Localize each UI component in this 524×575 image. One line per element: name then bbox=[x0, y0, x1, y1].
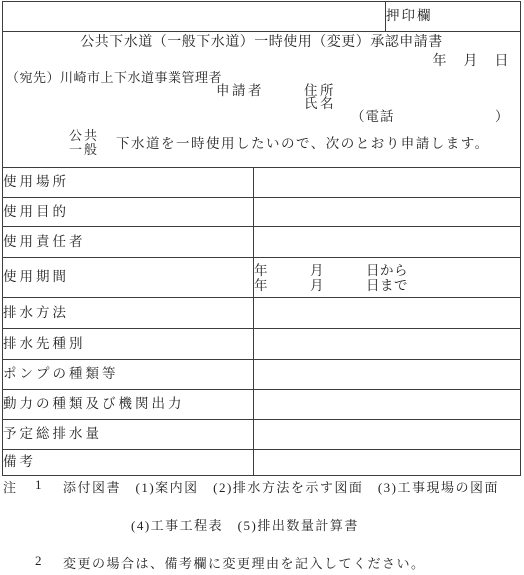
row-label-pump-type: ポンプの種類等 bbox=[3, 360, 254, 390]
row-label-power-type-output: 動力の種類及び機関出力 bbox=[3, 390, 254, 420]
row-label-period-of-use: 使用期間 bbox=[3, 258, 254, 298]
seal-row-empty-cell bbox=[3, 2, 386, 32]
row-value-drainage-destination-type bbox=[254, 329, 521, 360]
note1-number: 1 bbox=[35, 477, 43, 493]
row-value-planned-total-drainage bbox=[254, 420, 521, 450]
note2-number: 2 bbox=[35, 553, 43, 569]
row-label-purpose-of-use: 使用目的 bbox=[3, 198, 254, 227]
table-row: 使用責任者 bbox=[3, 227, 521, 258]
seal-row: 押印欄 bbox=[3, 2, 521, 32]
seal-box: 押印欄 bbox=[386, 2, 521, 32]
table-row: 使用期間 年 月 日から 年 月 日まで bbox=[3, 258, 521, 298]
row-label-planned-total-drainage: 予定総排水量 bbox=[3, 420, 254, 450]
row-value-responsible-person bbox=[254, 227, 521, 258]
table-row: 使用場所 bbox=[3, 168, 521, 198]
row-value-period-of-use: 年 月 日から 年 月 日まで bbox=[254, 258, 521, 298]
date-line: 年 月 日 bbox=[433, 54, 511, 71]
name-label: 氏名 bbox=[304, 96, 336, 112]
phone-label-close: ） bbox=[495, 109, 509, 125]
note1-attached-documents-continued: (4)工事工程表 (5)排出数量計算書 bbox=[131, 515, 359, 534]
row-value-place-of-use bbox=[254, 168, 521, 198]
table-row: 動力の種類及び機関出力 bbox=[3, 390, 521, 420]
period-from-line: 年 月 日から bbox=[254, 263, 520, 278]
note-mark: 注 bbox=[3, 477, 18, 496]
row-value-pump-type bbox=[254, 360, 521, 390]
table-row: 使用目的 bbox=[3, 198, 521, 227]
table-row: 排水方法 bbox=[3, 298, 521, 329]
seal-box-label: 押印欄 bbox=[386, 8, 433, 23]
header-cell: 公共下水道（一般下水道）一時使用（変更）承認申請書 年 月 日 （宛先）川崎市上… bbox=[3, 32, 521, 168]
category-public: 公共 bbox=[69, 129, 99, 143]
note2-change-instruction: 変更の場合は、備考欄に変更理由を記入してください。 bbox=[63, 553, 426, 572]
declaration-sentence: 下水道を一時使用したいので、次のとおり申請します。 bbox=[116, 136, 490, 152]
addressee: （宛先）川崎市上下水道事業管理者 bbox=[6, 70, 222, 86]
row-value-purpose-of-use bbox=[254, 198, 521, 227]
period-to-line: 年 月 日まで bbox=[254, 278, 520, 293]
header-row: 公共下水道（一般下水道）一時使用（変更）承認申請書 年 月 日 （宛先）川崎市上… bbox=[3, 32, 521, 168]
row-label-responsible-person: 使用責任者 bbox=[3, 227, 254, 258]
row-label-drainage-destination-type: 排水先種別 bbox=[3, 329, 254, 360]
row-label-drainage-method: 排水方法 bbox=[3, 298, 254, 329]
sewer-category-labels: 公共 一般 bbox=[69, 129, 99, 156]
table-row: 予定総排水量 bbox=[3, 420, 521, 450]
note1-attached-documents: 添付図書 (1)案内図 (2)排水方法を示す図面 (3)工事現場の図面 bbox=[63, 477, 499, 496]
table-row: 排水先種別 bbox=[3, 329, 521, 360]
footer-notes: 注 1 添付図書 (1)案内図 (2)排水方法を示す図面 (3)工事現場の図面 … bbox=[0, 468, 524, 575]
row-value-drainage-method bbox=[254, 298, 521, 329]
applicant-label: 申請者 bbox=[216, 83, 264, 99]
application-form-table: 押印欄 公共下水道（一般下水道）一時使用（変更）承認申請書 年 月 日 （宛先）… bbox=[2, 1, 521, 476]
application-form-page: 押印欄 公共下水道（一般下水道）一時使用（変更）承認申請書 年 月 日 （宛先）… bbox=[0, 0, 524, 575]
form-title: 公共下水道（一般下水道）一時使用（変更）承認申請書 bbox=[3, 35, 520, 52]
phone-label-open: （電話 bbox=[351, 109, 395, 125]
category-general: 一般 bbox=[69, 143, 99, 157]
row-label-place-of-use: 使用場所 bbox=[3, 168, 254, 198]
row-value-power-type-output bbox=[254, 390, 521, 420]
table-row: ポンプの種類等 bbox=[3, 360, 521, 390]
